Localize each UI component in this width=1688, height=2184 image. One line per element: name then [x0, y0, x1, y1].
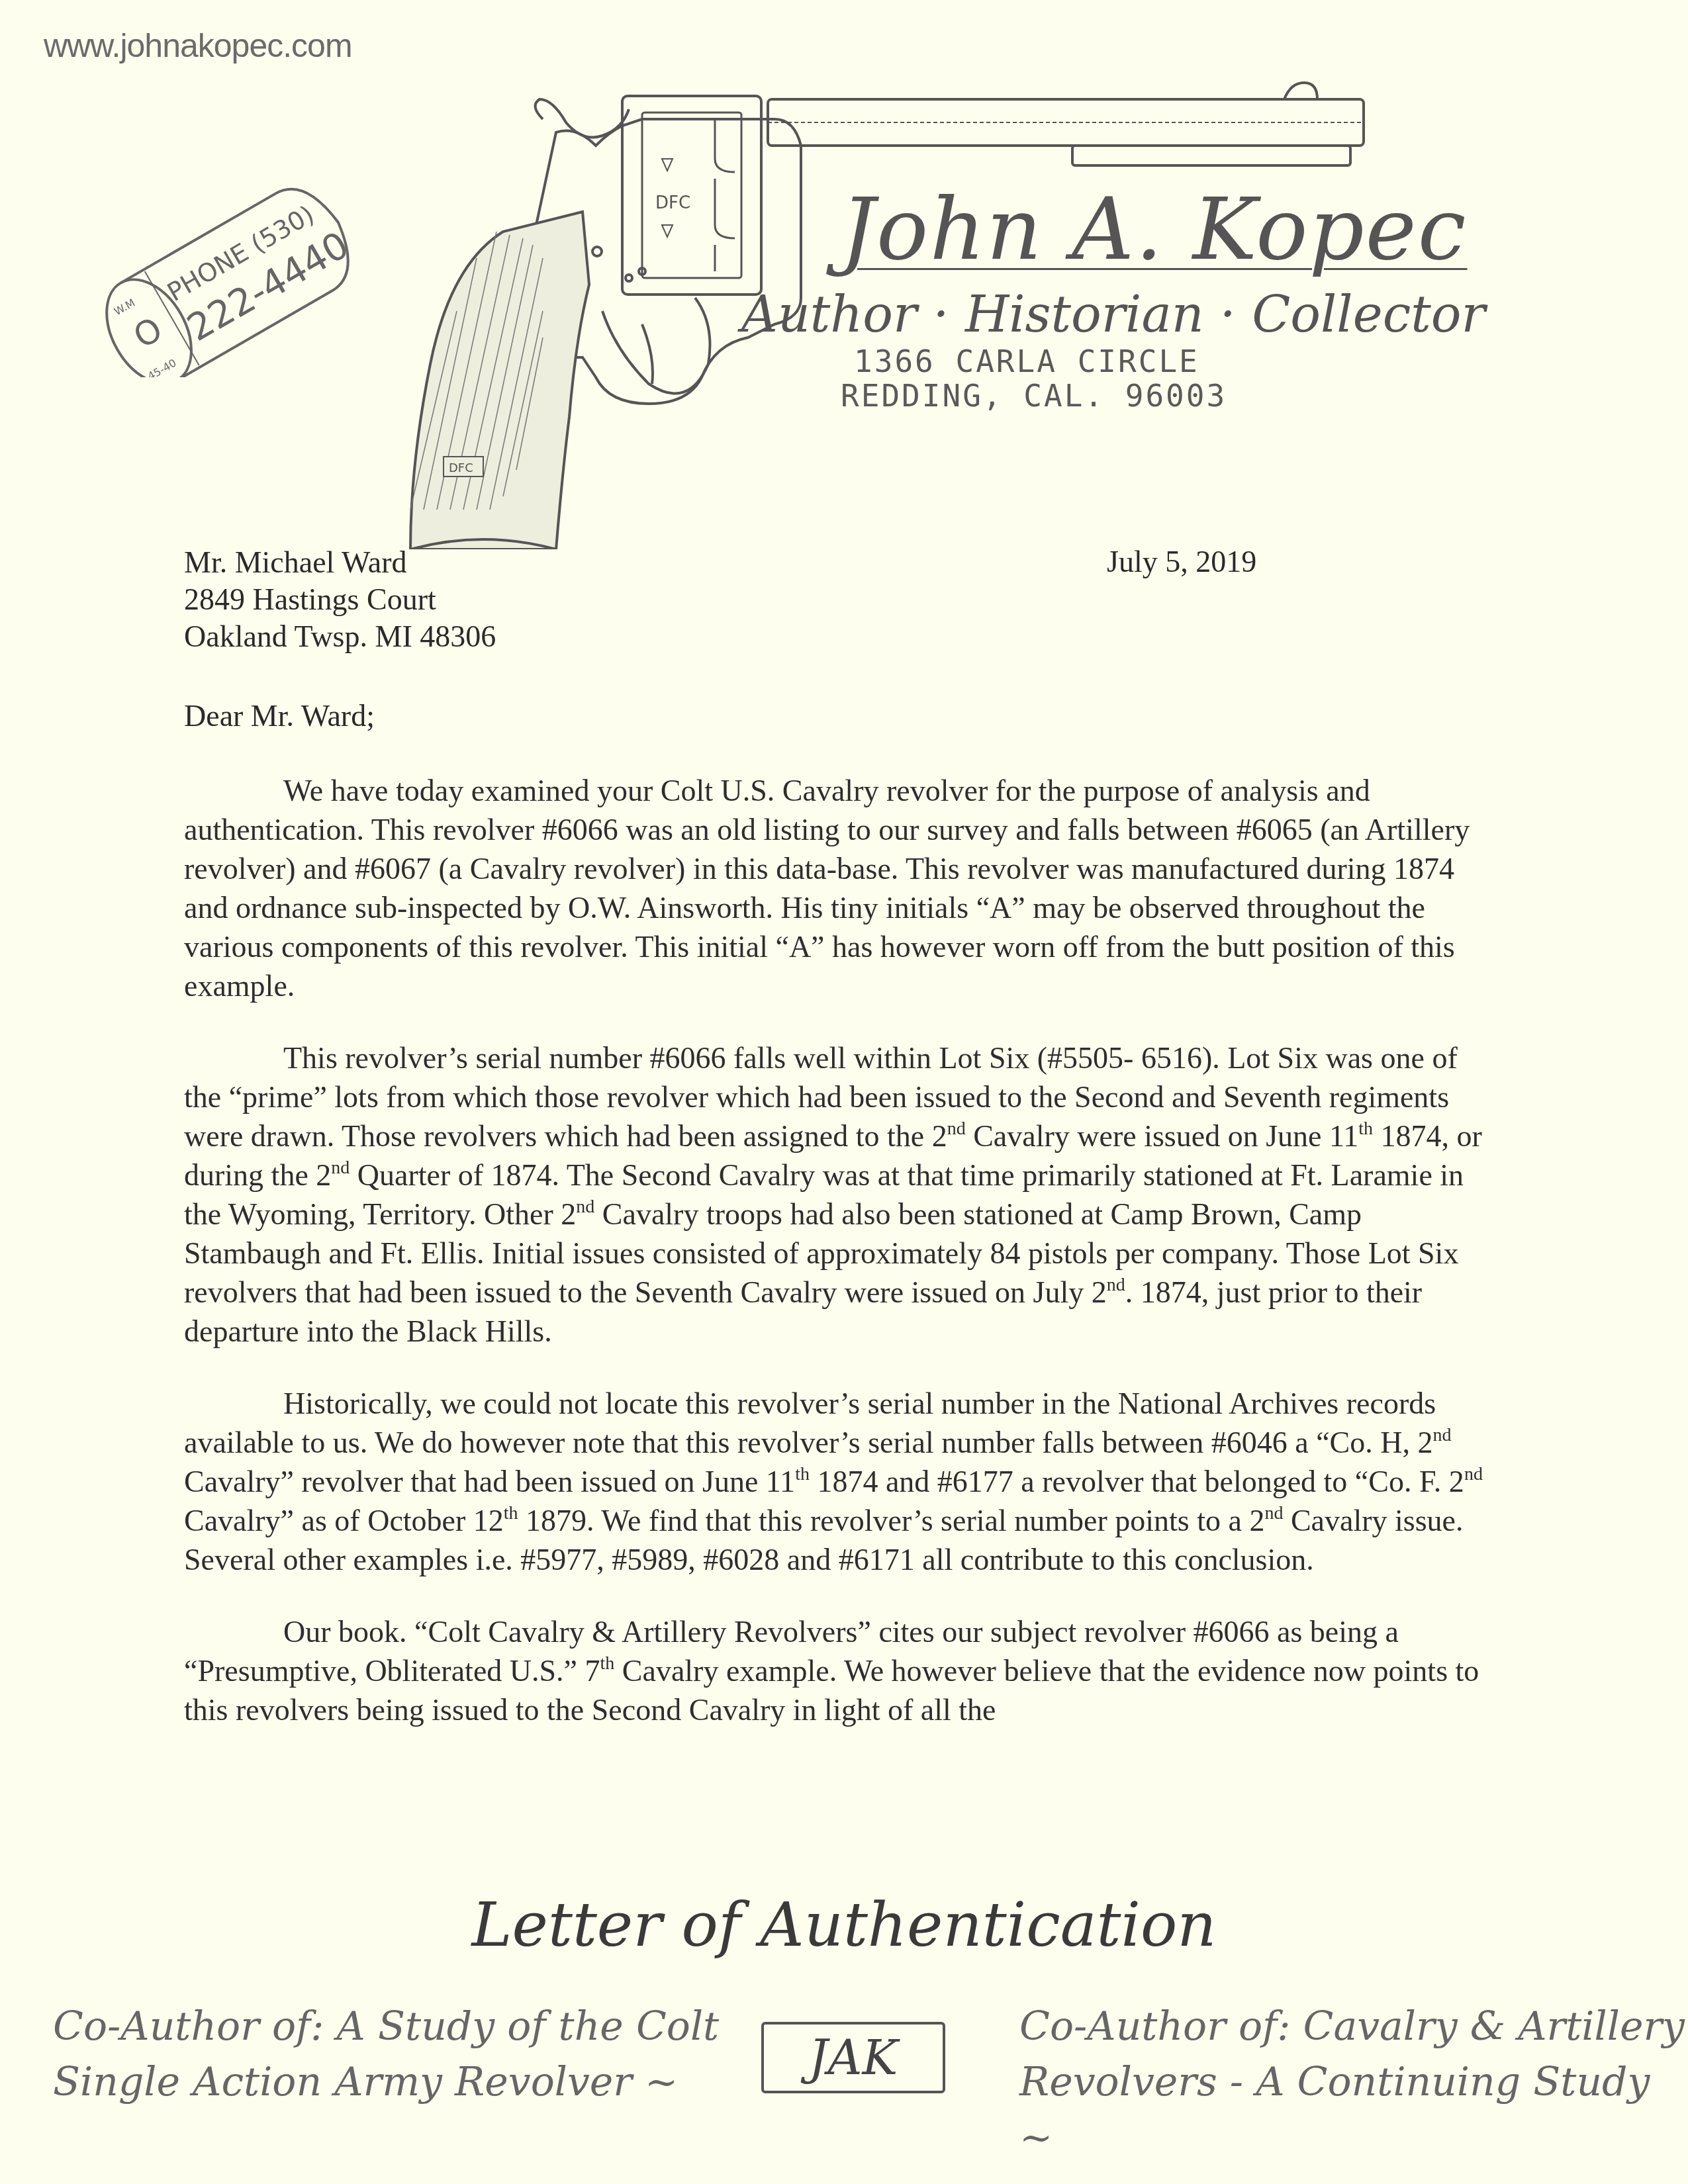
- svg-text:O: O: [127, 310, 169, 356]
- right-credit-line1: Co-Author of: Cavalry & Artillery: [1019, 1999, 1688, 2054]
- recipient-name: Mr. Michael Ward: [184, 544, 496, 581]
- left-credit: Co-Author of: A Study of the Colt Single…: [53, 1999, 719, 2110]
- letterhead-name: John A. Kopec: [841, 179, 1468, 279]
- letter-date: July 5, 2019: [1107, 544, 1256, 579]
- svg-text:DFC: DFC: [655, 193, 690, 213]
- letterhead-address: 1366 CARLA CIRCLE REDDING, CAL. 96003: [854, 344, 1227, 413]
- body-paragraph: This revolver’s serial number #6066 fall…: [184, 1038, 1501, 1351]
- left-credit-line1: Co-Author of: A Study of the Colt: [53, 1999, 719, 2054]
- letter-of-authentication-heading: Letter of Authentication: [0, 1889, 1688, 1960]
- right-credit-line2: Revolvers - A Continuing Study ~: [1019, 2054, 1688, 2165]
- cartridge-phone-icon: O W.M 45-40 PHONE (530) 222-4440: [86, 152, 364, 377]
- jak-monogram: JAK: [761, 2022, 945, 2093]
- letterhead-address-line2: REDDING, CAL. 96003: [841, 379, 1227, 413]
- left-credit-line2: Single Action Army Revolver ~: [53, 2054, 719, 2110]
- recipient-city: Oakland Twsp. MI 48306: [184, 618, 496, 655]
- svg-text:W.M: W.M: [112, 296, 137, 318]
- body-paragraph: Historically, we could not locate this r…: [184, 1384, 1501, 1579]
- salutation: Dear Mr. Ward;: [184, 698, 375, 733]
- body-paragraph: We have today examined your Colt U.S. Ca…: [184, 771, 1501, 1005]
- letterhead-title: Author · Historian · Collector: [741, 285, 1485, 343]
- recipient-address: Mr. Michael Ward 2849 Hastings Court Oak…: [184, 544, 496, 655]
- letterhead-address-line1: 1366 CARLA CIRCLE: [854, 344, 1227, 379]
- svg-text:DFC: DFC: [449, 461, 473, 475]
- recipient-street: 2849 Hastings Court: [184, 581, 496, 618]
- right-credit: Co-Author of: Cavalry & Artillery Revolv…: [1019, 1999, 1688, 2165]
- svg-text:45-40: 45-40: [146, 357, 179, 377]
- letter-body: We have today examined your Colt U.S. Ca…: [184, 771, 1501, 1762]
- website-url: www.johnakopec.com: [44, 26, 352, 65]
- body-paragraph: Our book. “Colt Cavalry & Artillery Revo…: [184, 1612, 1501, 1729]
